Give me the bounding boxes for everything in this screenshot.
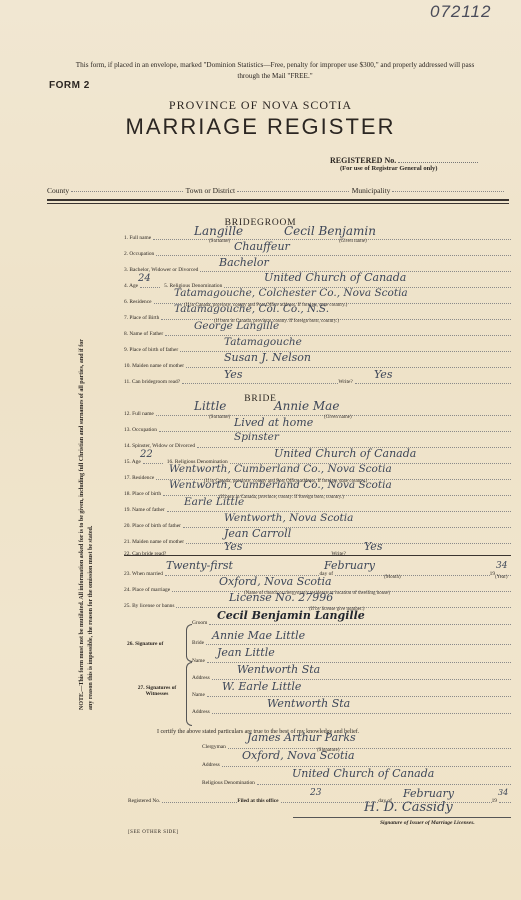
- page-title: MARRIAGE REGISTER: [0, 114, 521, 140]
- witnesses-label: 27. Signatures of Witnesses: [127, 685, 187, 697]
- bride-father-birthplace-row: 20. Place of birth of father Wentworth, …: [124, 517, 511, 531]
- groom-birthplace-row: 7. Place of Birth Tatamagouche, Col. Co.…: [124, 309, 511, 323]
- county-label: County: [47, 186, 69, 195]
- field-label: 10. Maiden name of mother: [124, 363, 184, 371]
- field-label: Name: [192, 692, 205, 700]
- witnesses-label-line2: Witnesses: [127, 691, 187, 697]
- field-blank: [162, 802, 237, 803]
- field-label: 9. Place of birth of father: [124, 347, 178, 355]
- groom-father-birthplace-row: 9. Place of birth of father Tatamagouche: [124, 341, 511, 355]
- field-label: 20. Place of birth of father: [124, 523, 181, 531]
- surname-hint: (Surname): [209, 239, 230, 244]
- field-blank: [165, 335, 511, 336]
- town-label: Town or District: [186, 186, 235, 195]
- field-label: 3. Bachelor, Widower or Divorced: [124, 267, 198, 275]
- bride-birthplace-value: Wentworth, Cumberland Co., Nova Scotia: [169, 479, 392, 491]
- bride-occupation-value: Lived at home: [234, 416, 313, 429]
- filing-row: Registered No. Filed at this office day …: [128, 792, 511, 806]
- field-label: Bride: [192, 640, 204, 648]
- groom-occupation-row: 2. Occupation Chauffeur: [124, 245, 511, 259]
- license-value: License No. 27996: [229, 591, 333, 604]
- groom-mother-row: 10. Maiden name of mother Susan J. Nelso…: [124, 357, 511, 371]
- field-label: 23. When married: [124, 571, 163, 579]
- bride-read-value: Yes: [224, 540, 242, 553]
- field-label: 13. Occupation: [124, 427, 157, 435]
- bride-write-value: Yes: [364, 540, 382, 553]
- registered-no-blank: [398, 162, 478, 163]
- field-label: Name: [192, 658, 205, 666]
- witness-2-name-row: Name W. Earle Little: [192, 686, 511, 700]
- field-label: 12. Full name: [124, 411, 154, 419]
- field-label: 24. Place of marriage: [124, 587, 170, 595]
- field-label: Religious Denomination: [202, 780, 255, 788]
- groom-surname-value: Langille: [194, 224, 243, 238]
- field-blank: [209, 624, 511, 625]
- province-heading: PROVINCE OF NOVA SCOTIA: [0, 98, 521, 113]
- day-value: Twenty-first: [166, 559, 233, 572]
- witness-2-address-value: Wentworth Sta: [267, 697, 350, 710]
- issuer-signature-value: H. D. Cassidy: [364, 800, 453, 815]
- groom-literacy-row: 11. Can bridegroom read? Write? Yes Yes: [124, 373, 511, 387]
- section-rule: [124, 555, 511, 556]
- field-label: Address: [192, 709, 210, 717]
- field-label: 19. Name of father: [124, 507, 165, 515]
- field-blank: [257, 784, 511, 785]
- field-blank: [207, 696, 511, 697]
- field-blank: [499, 802, 511, 803]
- bride-status-value: Spinster: [234, 431, 279, 443]
- bride-father-value: Earle Little: [184, 496, 244, 508]
- field-label: 14. Spinster, Widow or Divorced: [124, 443, 195, 451]
- field-label: 4. Age: [124, 283, 138, 291]
- double-rule-bottom: [47, 203, 509, 204]
- field-blank: [335, 575, 490, 576]
- bride-literacy-row: 22. Can bride read? Write? Yes Yes: [124, 545, 511, 559]
- bride-father-birthplace-value: Wentworth, Nova Scotia: [224, 512, 353, 524]
- month-hint: (Month): [384, 575, 401, 580]
- given-name-hint: (Given name): [339, 239, 367, 244]
- field-label: 11. Can bridegroom read?: [124, 379, 180, 387]
- county-blank: [71, 186, 183, 192]
- field-blank: [355, 383, 511, 384]
- groom-signature-value: Cecil Benjamin Langille: [217, 609, 365, 622]
- municipality-blank: [392, 186, 504, 192]
- groom-father-birthplace-value: Tatamagouche: [224, 336, 302, 348]
- signature-of-label: 26. Signature of: [127, 641, 163, 647]
- side-note: NOTE.—This form must not be mutilated. A…: [78, 330, 118, 710]
- groom-residence-value: Tatamagouche, Colchester Co., Nova Scoti…: [174, 287, 408, 299]
- groom-full-name-row: 1. Full name Langille Cecil Benjamin (Su…: [124, 229, 511, 243]
- bride-surname-value: Little: [194, 399, 226, 413]
- bride-religion-value: United Church of Canada: [274, 447, 416, 460]
- clergy-denomination-value: United Church of Canada: [292, 767, 434, 780]
- field-blank: [159, 431, 511, 432]
- double-rule-top: [47, 199, 509, 201]
- field-label: Address: [192, 675, 210, 683]
- town-blank: [237, 186, 349, 192]
- witness-1-address-value: Wentworth Sta: [237, 663, 320, 676]
- field-label: 1. Full name: [124, 235, 151, 243]
- filed-month-value: February: [403, 787, 454, 800]
- bride-mother-value: Jean Carroll: [224, 527, 291, 540]
- place-value: Oxford, Nova Scotia: [219, 575, 332, 588]
- bride-birthplace-row: 18. Place of birth Wentworth, Cumberland…: [124, 485, 511, 499]
- witness-2-address-row: Address Wentworth Sta: [192, 703, 511, 717]
- groom-status-value: Bachelor: [219, 256, 269, 269]
- serial-number: 072112: [430, 2, 491, 22]
- field-blank: [212, 713, 511, 714]
- registered-no-label: REGISTERED No.: [330, 156, 396, 165]
- registered-no-note: (For use of Registrar General only): [340, 165, 437, 172]
- marriage-register-document: 072112 This form, if placed in an envelo…: [0, 0, 521, 900]
- field-blank: [156, 255, 511, 256]
- field-blank: [143, 463, 163, 464]
- month-value: February: [324, 559, 375, 572]
- field-label: 19: [492, 798, 497, 806]
- bride-age-value: 22: [140, 449, 153, 460]
- location-row: County Town or District Municipality: [47, 186, 507, 195]
- year-hint: (Year): [495, 575, 508, 580]
- groom-occupation-value: Chauffeur: [234, 240, 290, 253]
- issuer-signature-caption: Signature of Issuer of Marriage Licenses…: [380, 820, 475, 826]
- field-blank: [182, 383, 338, 384]
- bridegroom-heading: BRIDEGROOM: [0, 218, 521, 228]
- groom-father-row: 8. Name of Father George Langille: [124, 325, 511, 339]
- filed-year-value: 34: [498, 788, 508, 797]
- registered-no-field: REGISTERED No.: [330, 156, 478, 165]
- clergy-denomination-row: Religious Denomination United Church of …: [202, 774, 511, 788]
- bride-residence-value: Wentworth, Cumberland Co., Nova Scotia: [169, 463, 392, 475]
- mail-notice: This form, if placed in an envelope, mar…: [70, 60, 480, 82]
- clergy-address-value: Oxford, Nova Scotia: [242, 749, 355, 762]
- groom-signature-row: Groom Cecil Benjamin Langille: [192, 614, 511, 628]
- groom-father-value: George Langille: [194, 320, 279, 332]
- year-value: 34: [496, 561, 507, 571]
- field-label: 8. Name of Father: [124, 331, 163, 339]
- field-label: 25. By license or banns: [124, 603, 174, 611]
- field-label: 2. Occupation: [124, 251, 154, 259]
- groom-age-value: 24: [138, 273, 151, 284]
- filed-day-value: 23: [310, 788, 321, 798]
- field-label: 6. Residence: [124, 299, 152, 307]
- groom-mother-value: Susan J. Nelson: [224, 351, 311, 364]
- bride-heading: BRIDE: [0, 394, 521, 404]
- groom-read-value: Yes: [224, 368, 242, 381]
- surname-hint: (Surname): [209, 415, 230, 420]
- bride-given-value: Annie Mae: [274, 399, 339, 413]
- field-label: 7. Place of Birth: [124, 315, 159, 323]
- groom-birthplace-value: Tatamagouche, Col. Co., N.S.: [174, 303, 329, 315]
- bride-full-name-row: 12. Full name Little Annie Mae (Surname)…: [124, 405, 511, 419]
- clergyman-value: James Arthur Parks: [247, 731, 356, 744]
- field-blank: [140, 287, 160, 288]
- field-blank: [153, 239, 511, 240]
- bride-occupation-row: 13. Occupation Lived at home: [124, 421, 511, 435]
- field-label: Registered No.: [128, 798, 160, 806]
- field-label: 15. Age: [124, 459, 141, 467]
- field-label: 17. Residence: [124, 475, 154, 483]
- issuer-signature-line: [293, 817, 511, 818]
- field-label: Clergyman: [202, 744, 226, 752]
- groom-religion-value: United Church of Canada: [264, 271, 406, 284]
- groom-given-value: Cecil Benjamin: [284, 224, 376, 238]
- witness-1-name-value: Jean Little: [217, 646, 275, 659]
- see-other-side-note: [SEE OTHER SIDE]: [128, 830, 179, 835]
- bride-signature-value: Annie Mae Little: [212, 629, 305, 642]
- field-label: 18. Place of birth: [124, 491, 161, 499]
- field-label: Address: [202, 762, 220, 770]
- given-name-hint: (Given name): [324, 415, 352, 420]
- field-label: Filed at this office: [237, 798, 278, 806]
- field-blank: [206, 644, 511, 645]
- field-label: Write?: [338, 379, 352, 387]
- form-number: FORM 2: [49, 80, 90, 91]
- field-label: Groom: [192, 620, 207, 628]
- witness-2-name-value: W. Earle Little: [222, 680, 301, 693]
- municipality-label: Municipality: [352, 186, 391, 195]
- groom-write-value: Yes: [374, 368, 392, 381]
